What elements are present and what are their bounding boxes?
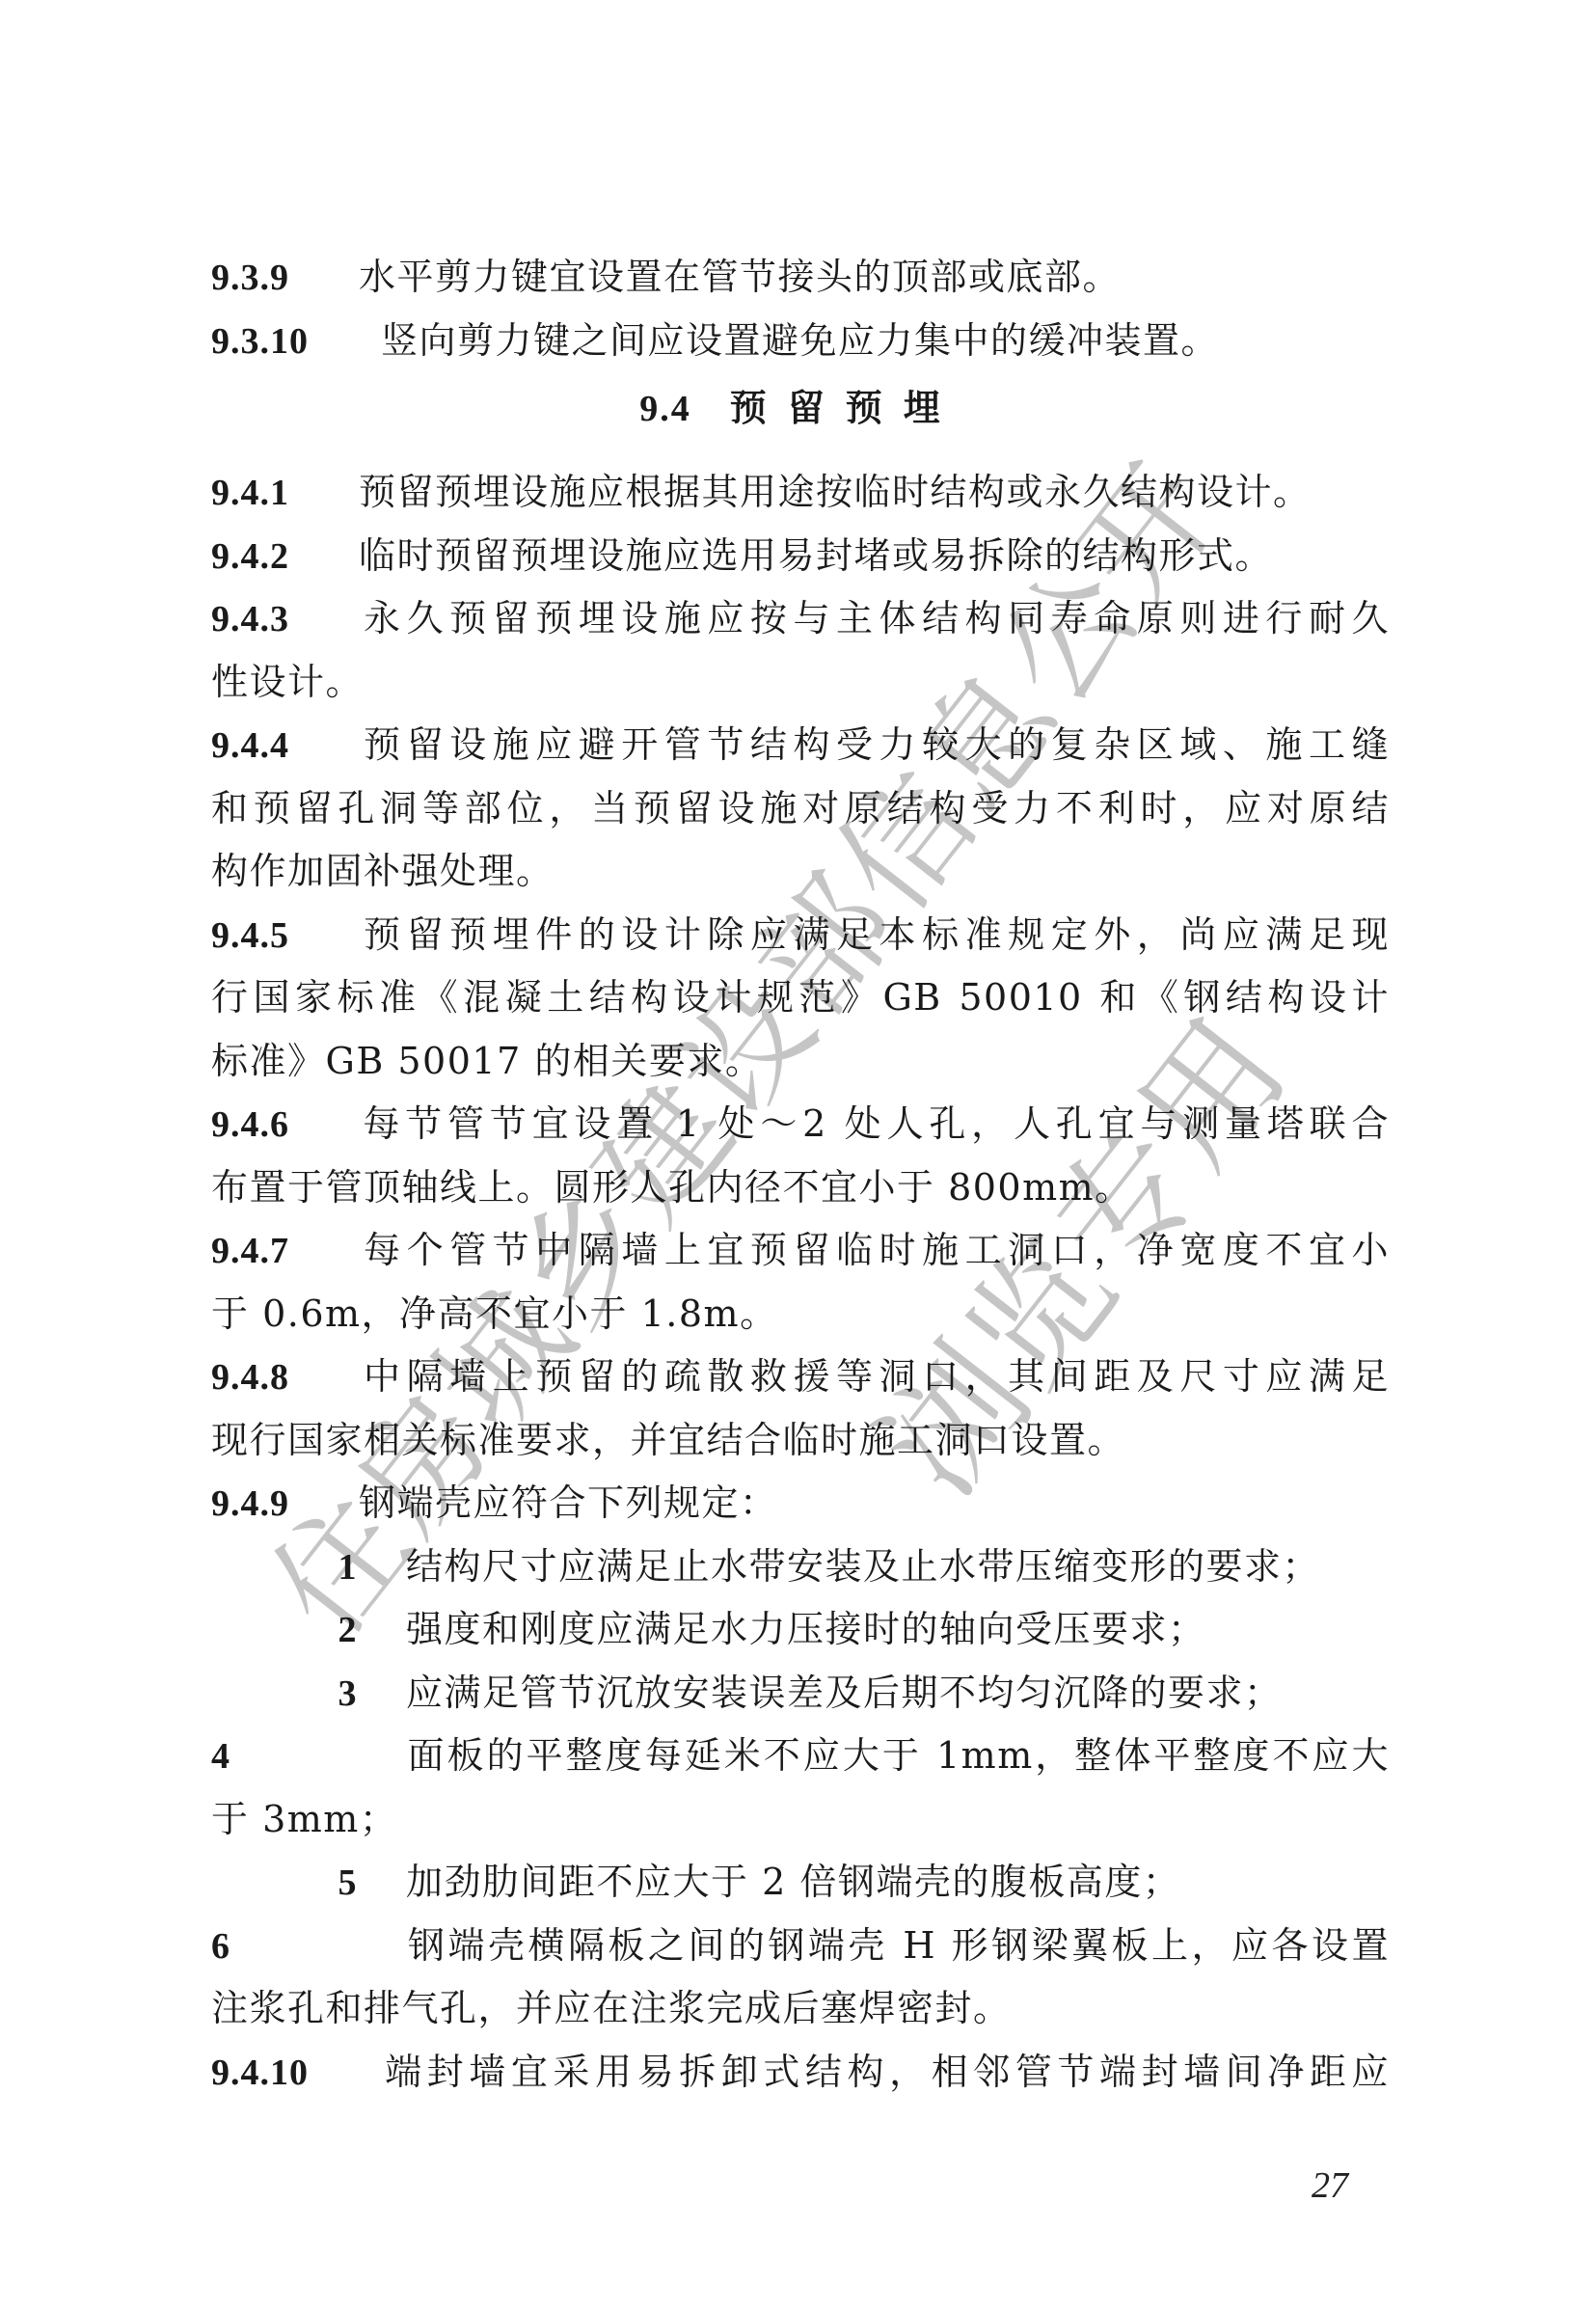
clause-9-4-9: 9.4.9钢端壳应符合下列规定： xyxy=(211,1472,1390,1536)
clause-9-4-3-cont: 性设计。 xyxy=(211,651,1390,715)
list-item-6-cont: 注浆孔和排气孔，并应在注浆完成后塞焊密封。 xyxy=(211,1977,1390,2041)
item-number: 3 xyxy=(211,1663,358,1726)
clause-9-3-9: 9.3.9水平剪力键宜设置在管节接头的顶部或底部。 xyxy=(211,246,1390,310)
item-text: 强度和刚度应满足水力压接时的轴向受压要求； xyxy=(406,1608,1206,1650)
clause-number: 9.4.6 xyxy=(211,1094,359,1157)
clause-9-4-4: 9.4.4预留设施应避开管节结构受力较大的复杂区域、施工缝 xyxy=(211,714,1390,777)
clause-9-4-7: 9.4.7每个管节中隔墙上宜预留临时施工洞口，净宽度不宜小 xyxy=(211,1219,1390,1283)
clause-9-4-4-cont: 构作加固补强处理。 xyxy=(211,840,1390,904)
clause-9-4-5-cont: 行国家标准《混凝土结构设计规范》GB 50010 和《钢结构设计 xyxy=(211,966,1390,1030)
list-item-5: 5加劲肋间距不应大于 2 倍钢端壳的腹板高度； xyxy=(211,1851,1390,1915)
page-number: 27 xyxy=(1312,2164,1348,2207)
clause-9-4-6-cont: 布置于管顶轴线上。圆形人孔内径不宜小于 800mm。 xyxy=(211,1156,1390,1220)
clause-number: 9.4.4 xyxy=(211,715,359,778)
clause-text: 永久预留预埋设施应按与主体结构同寿命原则进行耐久 xyxy=(359,597,1390,639)
item-number: 4 xyxy=(211,1726,358,1789)
item-text: 应满足管节沉放安装误差及后期不均匀沉降的要求； xyxy=(406,1672,1283,1714)
clause-9-4-8: 9.4.8中隔墙上预留的疏散救援等洞口，其间距及尺寸应满足 xyxy=(211,1346,1390,1409)
clause-number: 9.4.2 xyxy=(211,526,359,589)
list-item-4: 4面板的平整度每延米不应大于 1mm，整体平整度不应大 xyxy=(211,1725,1390,1788)
clause-text: 构作加固补强处理。 xyxy=(211,850,555,892)
clause-9-3-10: 9.3.10竖向剪力键之间应设置避免应力集中的缓冲装置。 xyxy=(211,310,1390,373)
clause-text: 和预留孔洞等部位，当预留设施对原结构受力不利时，应对原结 xyxy=(211,787,1390,829)
document-page: 住房城乡建设部信息公开 浏览专用 9.3.9水平剪力键宜设置在管节接头的顶部或底… xyxy=(0,0,1596,2311)
clause-text: 临时预留预埋设施应选用易封堵或易拆除的结构形式。 xyxy=(359,534,1273,577)
page-content: 9.3.9水平剪力键宜设置在管节接头的顶部或底部。 9.3.10竖向剪力键之间应… xyxy=(211,246,1390,2104)
list-item-3: 3应满足管节沉放安装误差及后期不均匀沉降的要求； xyxy=(211,1662,1390,1726)
section-number: 9.4 xyxy=(639,389,691,429)
list-item-4-cont: 于 3mm； xyxy=(211,1788,1390,1852)
clause-number: 9.4.9 xyxy=(211,1473,359,1536)
clause-9-4-3: 9.4.3永久预留预埋设施应按与主体结构同寿命原则进行耐久 xyxy=(211,587,1390,651)
clause-text: 钢端壳应符合下列规定： xyxy=(359,1482,778,1524)
clause-number: 9.4.3 xyxy=(211,588,359,652)
item-text: 钢端壳横隔板之间的钢端壳 H 形钢梁翼板上，应各设置 xyxy=(406,1924,1390,1967)
clause-9-4-4-cont: 和预留孔洞等部位，当预留设施对原结构受力不利时，应对原结 xyxy=(211,777,1390,841)
clause-number: 9.3.10 xyxy=(211,311,381,374)
clause-9-4-2: 9.4.2临时预留预埋设施应选用易封堵或易拆除的结构形式。 xyxy=(211,525,1390,588)
clause-number: 9.4.8 xyxy=(211,1346,359,1410)
clause-text: 行国家标准《混凝土结构设计规范》GB 50010 和《钢结构设计 xyxy=(211,976,1390,1019)
clause-text: 预留预埋件的设计除应满足本标准规定外，尚应满足现 xyxy=(359,913,1390,956)
clause-text: 性设计。 xyxy=(211,661,364,703)
clause-text: 每节管节宜设置 1 处～2 处人孔，人孔宜与测量塔联合 xyxy=(359,1102,1390,1145)
clause-text: 布置于管顶轴线上。圆形人孔内径不宜小于 800mm。 xyxy=(211,1166,1133,1209)
clause-text: 水平剪力键宜设置在管节接头的顶部或底部。 xyxy=(359,256,1121,298)
clause-number: 9.4.7 xyxy=(211,1220,359,1284)
section-title: 预留预埋 xyxy=(730,386,961,429)
clause-number: 9.4.5 xyxy=(211,905,359,968)
clause-text: 每个管节中隔墙上宜预留临时施工洞口，净宽度不宜小 xyxy=(359,1229,1390,1271)
clause-text: 竖向剪力键之间应设置避免应力集中的缓冲装置。 xyxy=(381,319,1219,362)
item-text: 注浆孔和排气孔，并应在注浆完成后塞焊密封。 xyxy=(211,1987,1012,2029)
clause-number: 9.3.9 xyxy=(211,247,359,311)
item-number: 5 xyxy=(211,1852,358,1916)
clause-9-4-6: 9.4.6每节管节宜设置 1 处～2 处人孔，人孔宜与测量塔联合 xyxy=(211,1093,1390,1156)
section-heading: 9.4预留预埋 xyxy=(211,372,1390,461)
clause-text: 端封墙宜采用易拆卸式结构，相邻管节端封墙间净距应 xyxy=(381,2051,1390,2093)
clause-text: 中隔墙上预留的疏散救援等洞口，其间距及尺寸应满足 xyxy=(359,1355,1390,1398)
clause-text: 预留设施应避开管节结构受力较大的复杂区域、施工缝 xyxy=(359,723,1390,766)
list-item-1: 1结构尺寸应满足止水带安装及止水带压缩变形的要求； xyxy=(211,1536,1390,1599)
clause-9-4-5-cont: 标准》GB 50017 的相关要求。 xyxy=(211,1030,1390,1094)
clause-text: 于 0.6m，净高不宜小于 1.8m。 xyxy=(211,1292,778,1335)
list-item-2: 2强度和刚度应满足水力压接时的轴向受压要求； xyxy=(211,1598,1390,1662)
clause-number: 9.4.1 xyxy=(211,462,359,526)
clause-9-4-7-cont: 于 0.6m，净高不宜小于 1.8m。 xyxy=(211,1283,1390,1346)
clause-text: 预留预埋设施应根据其用途按临时结构或永久结构设计。 xyxy=(359,471,1312,513)
clause-number: 9.4.10 xyxy=(211,2042,381,2106)
item-number: 2 xyxy=(211,1599,358,1663)
item-number: 6 xyxy=(211,1916,358,1979)
clause-9-4-5: 9.4.5预留预埋件的设计除应满足本标准规定外，尚应满足现 xyxy=(211,904,1390,967)
list-item-6: 6钢端壳横隔板之间的钢端壳 H 形钢梁翼板上，应各设置 xyxy=(211,1915,1390,1978)
item-text: 结构尺寸应满足止水带安装及止水带压缩变形的要求； xyxy=(406,1545,1320,1588)
item-text: 加劲肋间距不应大于 2 倍钢端壳的腹板高度； xyxy=(406,1861,1180,1903)
clause-9-4-1: 9.4.1预留预埋设施应根据其用途按临时结构或永久结构设计。 xyxy=(211,461,1390,525)
clause-9-4-10: 9.4.10端封墙宜采用易拆卸式结构，相邻管节端封墙间净距应 xyxy=(211,2041,1390,2105)
item-number: 1 xyxy=(211,1536,358,1600)
item-text: 于 3mm； xyxy=(211,1798,397,1840)
item-text: 面板的平整度每延米不应大于 1mm，整体平整度不应大 xyxy=(406,1734,1390,1777)
clause-text: 现行国家相关标准要求，并宜结合临时施工洞口设置。 xyxy=(211,1419,1125,1461)
clause-9-4-8-cont: 现行国家相关标准要求，并宜结合临时施工洞口设置。 xyxy=(211,1409,1390,1473)
clause-text: 标准》GB 50017 的相关要求。 xyxy=(211,1040,763,1082)
